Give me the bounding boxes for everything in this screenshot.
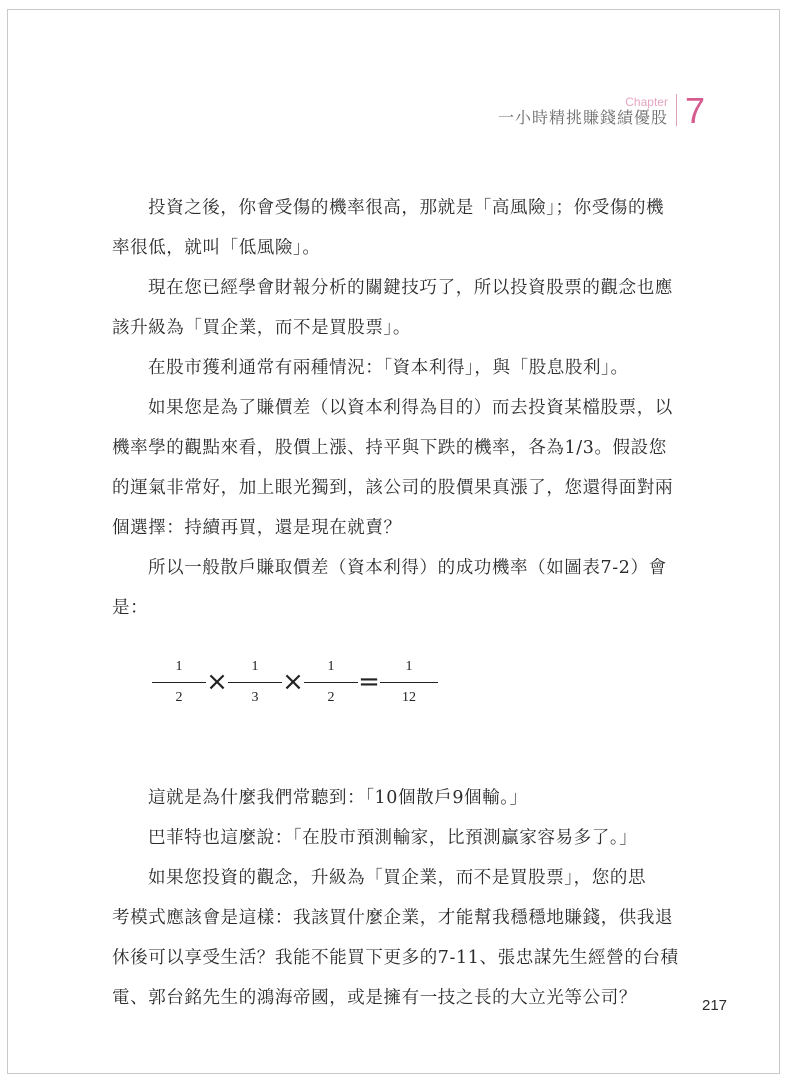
text-line: 個選擇：持續再買，還是現在就賣？: [112, 508, 672, 548]
numerator: 1: [406, 657, 413, 677]
multiply-operator: ×: [282, 669, 304, 695]
numerator: 1: [252, 657, 259, 677]
text-line: 如果您投資的觀念，升級為「買企業，而不是買股票」，您的思: [112, 858, 672, 898]
denominator: 2: [328, 688, 335, 708]
body-text: 投資之後，你會受傷的機率很高，那就是「高風險」；你受傷的機 率很低，就叫「低風險…: [112, 188, 672, 1018]
fraction-bar: [152, 682, 206, 683]
text-line: 該升級為「買企業，而不是買股票」。: [112, 308, 672, 348]
text-line: 如果您是為了賺價差（以資本利得為目的）而去投資某檔股票，以: [112, 388, 672, 428]
chapter-header-text: Chapter 一小時精挑賺錢績優股: [498, 96, 668, 128]
text-line: 率很低，就叫「低風險」。: [112, 228, 672, 268]
text-line: 巴菲特也這麼說：「在股市預測輸家，比預測贏家容易多了。」: [112, 818, 672, 858]
text-line: 電、郭台銘先生的鴻海帝國，或是擁有一技之長的大立光等公司？: [112, 978, 672, 1018]
numerator: 1: [328, 657, 335, 677]
fraction-bar: [304, 682, 358, 683]
chapter-number: 7: [685, 94, 705, 128]
denominator: 2: [176, 688, 183, 708]
fraction: 1 2: [304, 657, 358, 708]
chapter-title: 一小時精挑賺錢績優股: [498, 108, 668, 128]
text-line: 現在您已經學會財報分析的關鍵技巧了，所以投資股票的觀念也應: [112, 268, 672, 308]
page-number: 217: [702, 997, 727, 1014]
chapter-header: Chapter 一小時精挑賺錢績優股 7: [498, 88, 705, 128]
equals-operator: =: [358, 669, 380, 695]
fraction-bar: [380, 682, 438, 683]
denominator: 12: [402, 688, 416, 708]
text-line: 機率學的觀點來看，股價上漲、持平與下跌的機率，各為1/3。假設您: [112, 428, 672, 468]
text-line: 在股市獲利通常有兩種情況：「資本利得」，與「股息股利」。: [112, 348, 672, 388]
text-line: 投資之後，你會受傷的機率很高，那就是「高風險」；你受傷的機: [112, 188, 672, 228]
text-line: 所以一般散戶賺取價差（資本利得）的成功機率（如圖表7-2）會: [112, 548, 672, 588]
text-line: 考模式應該會是這樣：我該買什麼企業，才能幫我穩穩地賺錢，供我退: [112, 898, 672, 938]
text-line: 的運氣非常好，加上眼光獨到，該公司的股價果真漲了，您還得面對兩: [112, 468, 672, 508]
fraction-bar: [228, 682, 282, 683]
header-divider: [676, 94, 677, 126]
text-line: 休後可以享受生活？我能不能買下更多的7-11、張忠謀先生經營的台積: [112, 938, 672, 978]
multiply-operator: ×: [206, 669, 228, 695]
chapter-label: Chapter: [625, 96, 668, 108]
fraction: 1 3: [228, 657, 282, 708]
fraction: 1 12: [380, 657, 438, 708]
text-line: 是：: [112, 588, 672, 628]
denominator: 3: [252, 688, 259, 708]
fraction: 1 2: [152, 657, 206, 708]
numerator: 1: [176, 657, 183, 677]
probability-formula: 1 2 × 1 3 × 1 2 = 1 12: [152, 652, 438, 712]
text-line: 這就是為什麼我們常聽到：「10個散戶9個輸。」: [112, 778, 672, 818]
